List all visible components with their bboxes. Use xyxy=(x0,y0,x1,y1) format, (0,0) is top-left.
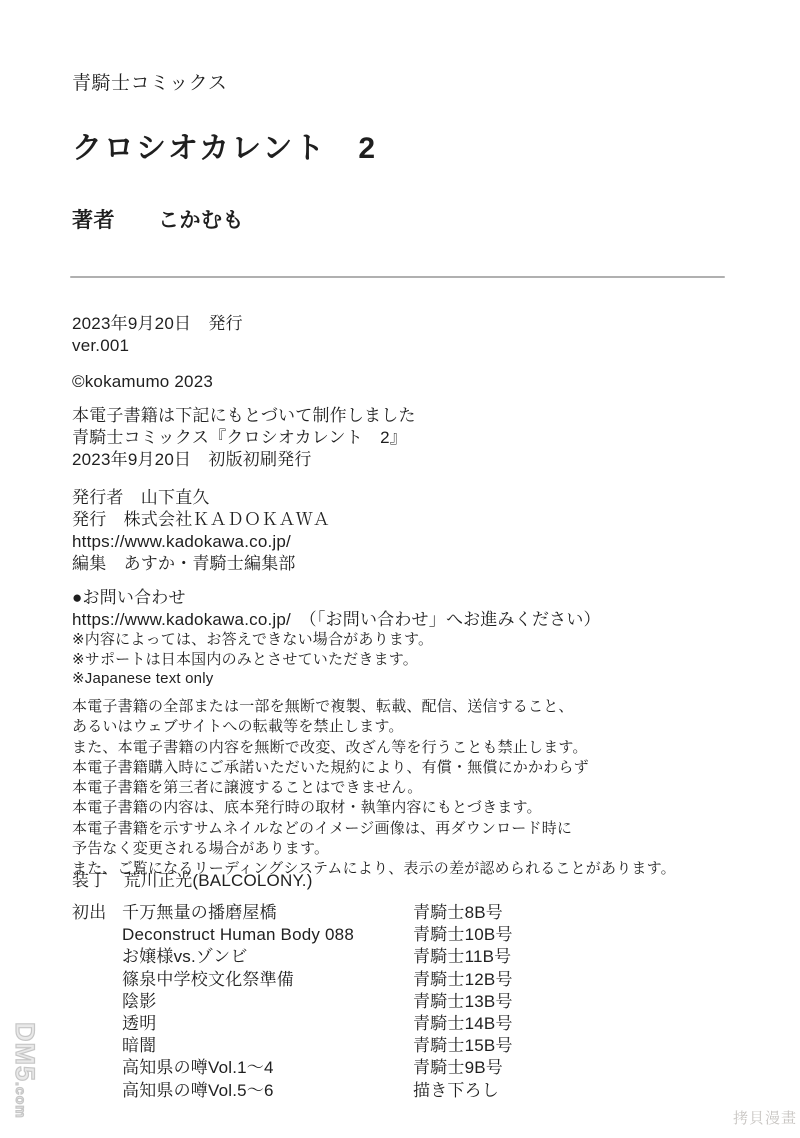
dm5-site-watermark: DM5.com xyxy=(9,1022,40,1119)
first-appearance-row: 暗闇青騎士15B号 xyxy=(122,1035,513,1057)
contact-url-line: https://www.kadokawa.co.jp/ （「お問い合わせ」へお進… xyxy=(72,609,601,631)
legal-notice: 本電子書籍の全部または一部を無断で複製、転載、配信、送信すること、 あるいはウェ… xyxy=(72,697,676,880)
source-cell: 青騎士9B号 xyxy=(413,1057,503,1079)
legal-line: 本電子書籍の内容は、底本発行時の取材・執筆内容にもとづきます。 xyxy=(72,798,676,818)
release-date-line: 2023年9月20日 発行 xyxy=(72,313,243,335)
contact-note-line: ※内容によっては、お答えできない場合があります。 xyxy=(72,630,433,650)
corner-watermark: 拷貝漫畫 xyxy=(733,1107,797,1128)
editor-line: 編集 あすか・青騎士編集部 xyxy=(72,553,330,575)
source-cell: 青騎士14B号 xyxy=(413,1013,513,1035)
first-appearance-section: 初出 千万無量の播磨屋橋青騎士8B号 Deconstruct Human Bod… xyxy=(72,902,513,1102)
source-cell: 青騎士12B号 xyxy=(413,969,513,991)
dm5-logo-text: DM5 xyxy=(10,1022,40,1082)
source-cell: 青騎士13B号 xyxy=(413,991,513,1013)
contact-info: ●お問い合わせ https://www.kadokawa.co.jp/ （「お問… xyxy=(72,587,601,631)
source-cell: 描き下ろし xyxy=(413,1080,499,1102)
copyright-line: ©kokamumo 2023 xyxy=(72,371,213,393)
legal-line: 本電子書籍を示すサムネイルなどのイメージ画像は、再ダウンロード時に xyxy=(72,819,676,839)
release-info: 2023年9月20日 発行 ver.001 xyxy=(72,313,243,357)
first-appearance-row: Deconstruct Human Body 088青騎士10B号 xyxy=(122,924,513,946)
design-credit-line: 装丁 荒川正光(BALCOLONY.) xyxy=(72,870,313,892)
work-title-cell: 高知県の噂Vol.5～6 xyxy=(122,1080,413,1102)
work-title-cell: 篠泉中学校文化祭準備 xyxy=(122,969,413,991)
work-title-cell: Deconstruct Human Body 088 xyxy=(122,924,413,946)
first-appearance-row: お嬢様vs.ゾンビ青騎士11B号 xyxy=(122,946,513,968)
first-appearance-row: 高知県の噂Vol.5～6描き下ろし xyxy=(122,1080,513,1102)
source-cell: 青騎士10B号 xyxy=(413,924,513,946)
production-info: 本電子書籍は下記にもとづいて制作しました 青騎士コミックス『クロシオカレント 2… xyxy=(72,405,416,471)
legal-line: 本電子書籍を第三者に譲渡することはできません。 xyxy=(72,778,676,798)
source-cell: 青騎士8B号 xyxy=(413,902,503,924)
imprint-label: 青騎士コミックス xyxy=(72,72,227,96)
first-appearance-row: 透明青騎士14B号 xyxy=(122,1013,513,1035)
legal-line: 本電子書籍購入時にご承諾いただいた規約により、有償・無償にかかわらず xyxy=(72,758,676,778)
work-title-cell: 透明 xyxy=(122,1013,413,1035)
first-appearance-table: 千万無量の播磨屋橋青騎士8B号 Deconstruct Human Body 0… xyxy=(122,902,513,1102)
work-title-cell: 高知県の噂Vol.1～4 xyxy=(122,1057,413,1079)
work-title-cell: 千万無量の播磨屋橋 xyxy=(122,902,413,924)
publisher-person-line: 発行者 山下直久 xyxy=(72,487,330,509)
legal-line: 予告なく変更される場合があります。 xyxy=(72,839,676,859)
contact-heading: ●お問い合わせ xyxy=(72,587,601,609)
publisher-company-line: 発行 株式会社ＫＡＤＯＫＡＷＡ xyxy=(72,509,330,531)
source-cell: 青騎士15B号 xyxy=(413,1035,513,1057)
legal-line: また、本電子書籍の内容を無断で改変、改ざん等を行うことも禁止します。 xyxy=(72,738,676,758)
first-appearance-row: 高知県の噂Vol.1～4青騎士9B号 xyxy=(122,1057,513,1079)
work-title-cell: 暗闇 xyxy=(122,1035,413,1057)
first-appearance-row: 千万無量の播磨屋橋青騎士8B号 xyxy=(122,902,513,924)
legal-line: 本電子書籍の全部または一部を無断で複製、転載、配信、送信すること、 xyxy=(72,697,676,717)
work-title-cell: お嬢様vs.ゾンビ xyxy=(122,946,413,968)
publisher-info: 発行者 山下直久 発行 株式会社ＫＡＤＯＫＡＷＡ https://www.kad… xyxy=(72,487,330,575)
dm5-logo-suffix: .com xyxy=(13,1082,29,1119)
source-cell: 青騎士11B号 xyxy=(413,946,511,968)
first-appearance-row: 陰影青騎士13B号 xyxy=(122,991,513,1013)
source-edition-line: 青騎士コミックス『クロシオカレント 2』 xyxy=(72,427,416,449)
contact-notes: ※内容によっては、お答えできない場合があります。 ※サポートは日本国内のみとさせ… xyxy=(72,630,433,689)
publisher-url: https://www.kadokawa.co.jp/ xyxy=(72,531,330,553)
book-title: クロシオカレント 2 xyxy=(72,129,377,169)
legal-line: あるいはウェブサイトへの転載等を禁止します。 xyxy=(72,717,676,737)
author-line: 著者 こかむも xyxy=(72,207,244,235)
contact-note-line: ※Japanese text only xyxy=(72,669,433,689)
contact-note-line: ※サポートは日本国内のみとさせていただきます。 xyxy=(72,650,433,670)
production-note-line: 本電子書籍は下記にもとづいて制作しました xyxy=(72,405,416,427)
first-print-line: 2023年9月20日 初版初刷発行 xyxy=(72,449,416,471)
version-line: ver.001 xyxy=(72,335,243,357)
work-title-cell: 陰影 xyxy=(122,991,413,1013)
first-appearance-label: 初出 xyxy=(72,902,106,924)
section-divider xyxy=(70,276,725,278)
first-appearance-row: 篠泉中学校文化祭準備青騎士12B号 xyxy=(122,969,513,991)
